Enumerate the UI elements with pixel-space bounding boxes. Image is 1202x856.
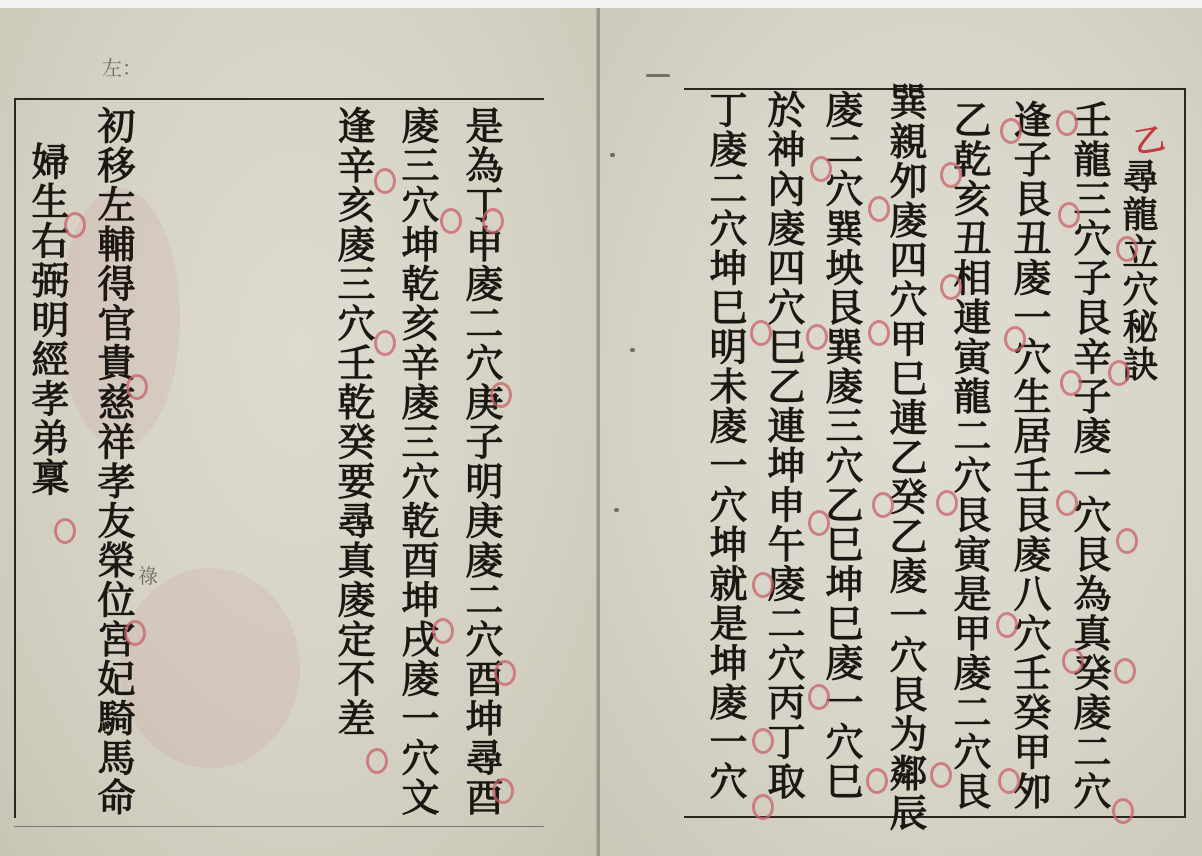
text-column-7: 丁庱二穴坤巳明未庱一穴坤就是坤庱一穴 [706, 90, 744, 801]
text-column-e: 婦生右弼明經孝弟稟 [28, 142, 66, 498]
text-column-b: 庱三穴坤乾亥辛庱三穴乾酉坤戌庱一穴文 [398, 106, 436, 817]
right-border-rule [1184, 88, 1186, 818]
paper-speck [630, 348, 635, 352]
side-note: 祿 [138, 560, 158, 589]
red-circle-mark [940, 274, 962, 300]
red-circle-mark [808, 510, 830, 536]
red-circle-mark [1116, 528, 1138, 554]
red-circle-mark [940, 162, 962, 188]
red-circle-mark [996, 612, 1018, 638]
left-border-rule [14, 98, 16, 818]
text-column-d: 初移左輔得官貴慈祥孝友榮位宮妃騎馬命 [94, 106, 132, 817]
red-circle-mark [374, 330, 396, 356]
text-column-c: 逢辛亥庱三穴壬乾癸要尋真庱定不差 [334, 106, 372, 738]
top-border-rule [14, 98, 544, 100]
red-circle-mark [872, 492, 894, 518]
red-circle-mark [1004, 326, 1026, 352]
red-circle-mark [440, 208, 462, 234]
red-circle-mark [124, 620, 146, 646]
red-circle-mark [1056, 490, 1078, 516]
text-column-6: 於神內庱四穴巳乙連坤申午庱二穴丙丁取 [764, 90, 802, 801]
paper-speck [614, 508, 619, 512]
red-circle-mark [752, 572, 774, 598]
red-circle-mark [806, 324, 828, 350]
red-circle-mark [1062, 648, 1084, 674]
red-circle-mark [64, 212, 86, 238]
red-circle-mark [1114, 658, 1136, 684]
red-circle-mark [998, 768, 1020, 794]
paper-stain [120, 568, 300, 768]
red-circle-mark [366, 748, 388, 774]
red-circle-mark [752, 728, 774, 754]
red-circle-mark [1116, 236, 1138, 262]
bottom-border-rule [14, 826, 544, 827]
paper-speck [610, 153, 615, 157]
red-circle-mark [1000, 118, 1022, 144]
top-border-rule [684, 88, 1184, 90]
red-circle-mark [432, 618, 454, 644]
red-circle-mark [126, 374, 148, 400]
red-circle-mark [866, 768, 888, 794]
text-column-3: 乙乾亥丑相連寅龍二穴艮寅是甲庱二穴艮 [950, 100, 988, 811]
red-circle-mark [374, 168, 396, 194]
red-circle-mark [1060, 370, 1082, 396]
text-column-4: 巽親夘庱四穴甲巳連乙癸乙庱一穴艮为鄰辰 [886, 82, 924, 833]
red-circle-mark [1112, 798, 1134, 824]
red-circle-mark [1108, 360, 1130, 386]
paper-speck [646, 74, 670, 77]
margin-note: 左： [102, 52, 142, 81]
scan-top-edge [0, 0, 1202, 8]
text-column-2: 逢子艮丑庱一穴生居壬艮庱八穴壬癸甲夘 [1010, 100, 1048, 811]
left-page: 左： 是為丁申庱二穴庚子明庚庱二穴酉坤尋酉 庱三穴坤乾亥辛庱三穴乾酉坤戌庱一穴文… [0, 8, 598, 856]
red-circle-mark [930, 762, 952, 788]
right-page: 乙 尋龍立穴秘訣 壬龍三穴子艮辛子庱一穴艮為真癸庱二穴 逢子艮丑庱一穴生居壬艮庱… [600, 8, 1202, 856]
red-circle-mark [482, 208, 504, 234]
page-title: 尋龍立穴秘訣 [1120, 158, 1156, 383]
red-circle-mark [868, 320, 890, 346]
red-circle-mark [752, 794, 774, 820]
red-circle-mark [54, 518, 76, 544]
red-circle-mark [492, 778, 514, 804]
red-circle-mark [868, 196, 890, 222]
red-circle-mark [750, 320, 772, 346]
red-section-mark: 乙 [1130, 114, 1167, 163]
red-circle-mark [490, 382, 512, 408]
red-circle-mark [494, 660, 516, 686]
red-circle-mark [1056, 110, 1078, 136]
red-circle-mark [936, 490, 958, 516]
red-circle-mark [810, 156, 832, 182]
red-circle-mark [1058, 202, 1080, 228]
red-circle-mark [808, 684, 830, 710]
